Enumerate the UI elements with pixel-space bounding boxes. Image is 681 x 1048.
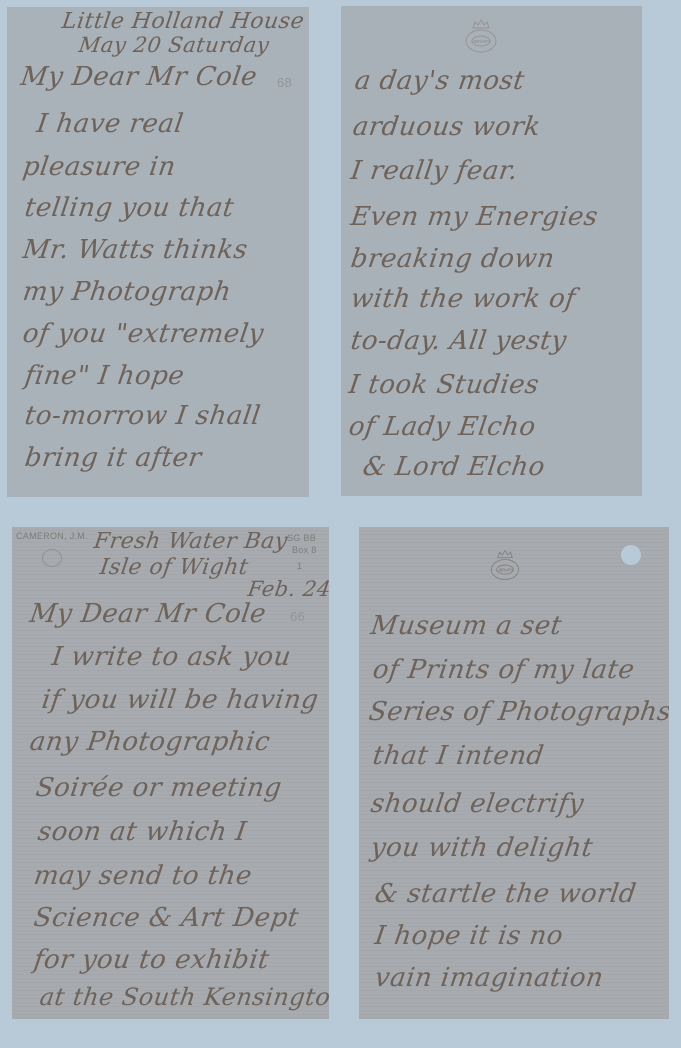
archive-number: 66 bbox=[290, 609, 305, 624]
letter-line: I took Studies bbox=[347, 370, 541, 400]
archive-number: 68 bbox=[277, 75, 292, 90]
letter-line: to-morrow I shall bbox=[23, 401, 263, 431]
library-crown-stamp-icon: LIBRARY bbox=[485, 545, 525, 585]
letter-line: arduous work bbox=[351, 112, 543, 142]
letter-line: a day's most bbox=[353, 66, 527, 96]
letter-line: of Lady Elcho bbox=[347, 412, 538, 442]
letter-page-1: Little Holland House May 20 Saturday My … bbox=[7, 7, 309, 497]
letter-line: Museum a set bbox=[369, 611, 564, 641]
letter-line: Even my Energies bbox=[349, 202, 600, 232]
letter-line: should electrify bbox=[369, 789, 586, 819]
letter-line: that I intend bbox=[371, 741, 546, 771]
letter-line: vain imagination bbox=[373, 963, 606, 993]
letter-salutation: My Dear Mr Cole bbox=[19, 62, 259, 92]
letter-address: Fresh Water Bay bbox=[92, 529, 289, 554]
letter-line: with the work of bbox=[349, 284, 578, 314]
svg-text:LIBRARY: LIBRARY bbox=[471, 39, 490, 44]
letter-line: Mr. Watts thinks bbox=[21, 235, 250, 265]
letter-page-2: LIBRARY a day's most arduous work I real… bbox=[341, 6, 642, 496]
letter-page-3: CAMERON, J.M. SG BB Box 8 1 Fresh Water … bbox=[12, 527, 329, 1019]
letter-date: Feb. 24th bbox=[246, 577, 329, 601]
letter-line: if you will be having bbox=[40, 685, 321, 715]
letter-line: Series of Photographs bbox=[367, 697, 669, 727]
letter-line: soon at which I bbox=[36, 817, 249, 847]
letter-page-4: LIBRARY Museum a set of Prints of my lat… bbox=[359, 527, 669, 1019]
letter-line: my Photograph bbox=[21, 277, 233, 307]
letter-line: bring it after bbox=[23, 443, 204, 473]
archive-box: Box 8 bbox=[292, 545, 317, 555]
letter-line: of you "extremely bbox=[21, 319, 266, 349]
letter-line: may send to the bbox=[32, 861, 254, 891]
punch-hole bbox=[621, 545, 641, 565]
letter-line: I write to ask you bbox=[50, 642, 293, 672]
letter-line: for you to exhibit bbox=[32, 945, 271, 975]
letter-line: at the South Kensington bbox=[38, 983, 329, 1011]
letter-address: Little Holland House bbox=[60, 9, 306, 34]
letter-line: pleasure in bbox=[21, 152, 178, 182]
library-crown-stamp-icon: LIBRARY bbox=[459, 14, 503, 58]
letter-line: Soirée or meeting bbox=[34, 773, 284, 803]
letter-line: I hope it is no bbox=[373, 921, 565, 951]
letter-date: May 20 Saturday bbox=[77, 33, 271, 57]
letter-line: & startle the world bbox=[373, 879, 638, 909]
archive-shelf: SG BB bbox=[287, 533, 316, 543]
letter-address-2: Isle of Wight bbox=[98, 555, 250, 580]
letter-line: I really fear. bbox=[349, 156, 520, 186]
letter-line: I have real bbox=[35, 109, 185, 139]
letter-line: Science & Art Dept bbox=[32, 903, 301, 933]
archive-item: 1 bbox=[297, 561, 302, 571]
letter-line: any Photographic bbox=[28, 727, 272, 757]
letter-line: fine" I hope bbox=[23, 361, 186, 391]
letter-line: breaking down bbox=[349, 244, 557, 274]
svg-text:LIBRARY: LIBRARY bbox=[496, 567, 514, 572]
letter-salutation: My Dear Mr Cole bbox=[28, 599, 268, 629]
letter-line: telling you that bbox=[23, 193, 236, 223]
letter-line: of Prints of my late bbox=[371, 655, 637, 685]
letter-line: & Lord Elcho bbox=[361, 452, 547, 482]
archive-label: CAMERON, J.M. bbox=[16, 531, 88, 541]
pencil-circle-mark bbox=[42, 549, 62, 567]
letter-line: you with delight bbox=[369, 833, 595, 863]
letter-line: to-day. All yesty bbox=[349, 326, 569, 356]
